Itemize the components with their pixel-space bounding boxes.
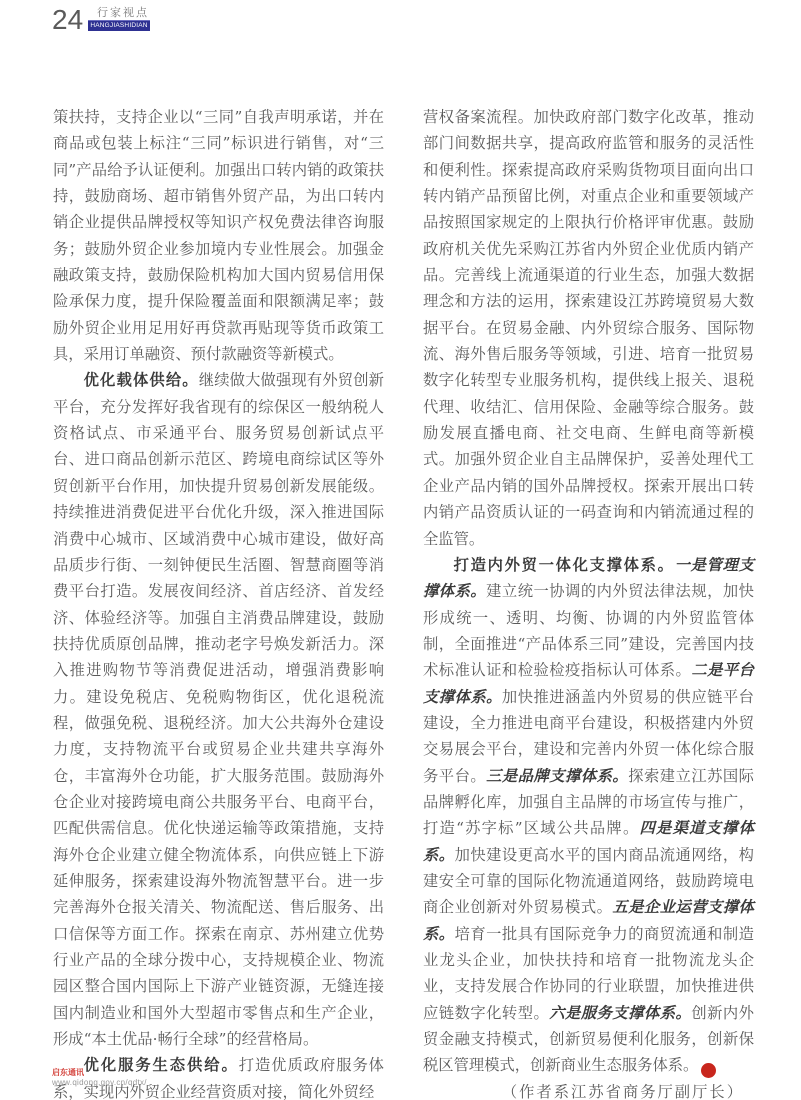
page-number: 24 xyxy=(52,4,83,36)
end-mark-icon: 终 xyxy=(701,1063,716,1078)
left-column: 策扶持，支持企业以“三同”自我声明承诺，并在商品或包装上标注“三同”标识进行销售… xyxy=(53,104,384,1100)
subsection-lead: 三是品牌支撑体系。 xyxy=(486,767,628,785)
page-header: 24 行家视点 HANGJIASHIDIAN xyxy=(0,0,801,60)
page-footer: 启东通讯 www.qidong.gov.cn/qdtx/ xyxy=(52,1068,147,1088)
paragraph: 营权备案流程。加快政府部门数字化改革，推动部门间数据共享，提高政府监管和服务的灵… xyxy=(423,104,754,552)
paragraph: 优化载体供给。继续做大做强现有外贸创新平台，充分发挥好我省现有的综保区一般纳税人… xyxy=(53,367,384,1052)
section-title-en: HANGJIASHIDIAN xyxy=(88,20,150,31)
paragraph: 策扶持，支持企业以“三同”自我声明承诺，并在商品或包装上标注“三同”标识进行销售… xyxy=(53,104,384,367)
footer-url[interactable]: www.qidong.gov.cn/qdtx/ xyxy=(52,1078,147,1088)
right-column: 营权备案流程。加快政府部门数字化改革，推动部门间数据共享，提高政府监管和服务的灵… xyxy=(423,104,754,1100)
subsection-lead: 六是服务支撑体系。 xyxy=(549,1004,691,1022)
paragraph-body: 继续做大做强现有外贸创新平台，充分发挥好我省现有的综保区一般纳税人资格试点、市采… xyxy=(53,371,384,1048)
paragraph: 打造内外贸一体化支撑体系。一是管理支撑体系。建立统一协调的内外贸法律法规，加快形… xyxy=(423,552,754,1079)
author-note: （作者系江苏省商务厅副厅长） xyxy=(423,1079,754,1100)
section-lead: 打造内外贸一体化支撑体系。 xyxy=(454,556,675,574)
footer-brand: 启东通讯 xyxy=(52,1068,147,1078)
section-lead: 优化载体供给。 xyxy=(84,371,199,389)
section-title-cn: 行家视点 xyxy=(96,4,150,20)
